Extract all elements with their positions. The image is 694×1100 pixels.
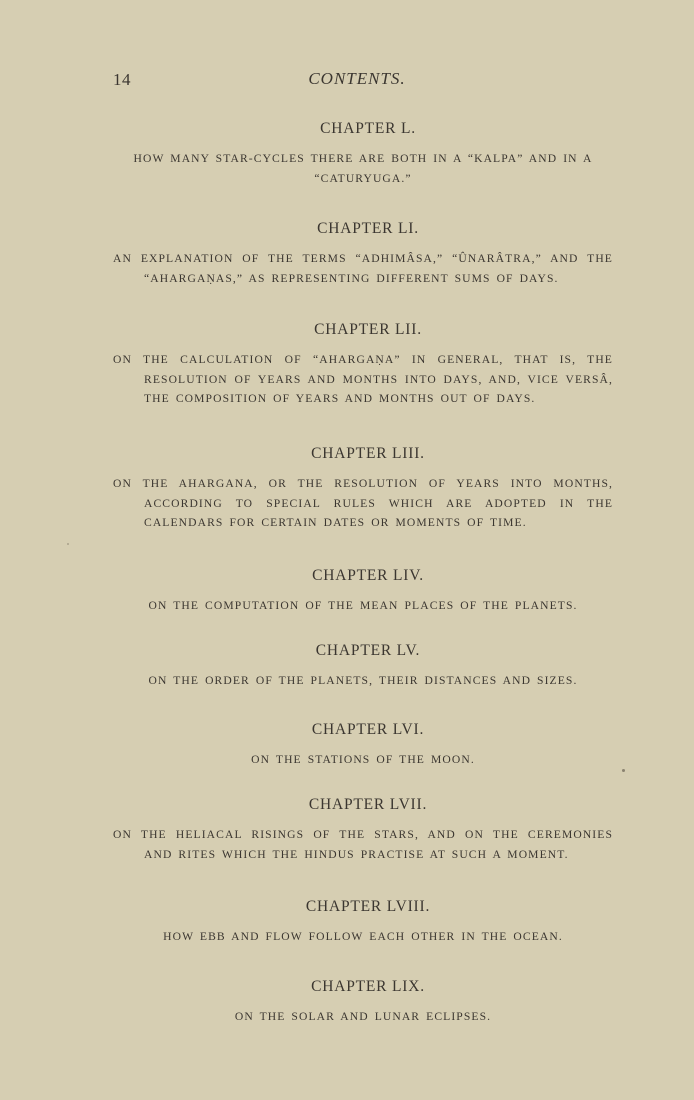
chapter-title: CHAPTER LVIII. bbox=[113, 898, 613, 916]
chapter-description: ON THE COMPUTATION OF THE MEAN PLACES OF… bbox=[113, 596, 613, 616]
chapter-title: CHAPTER LIV. bbox=[113, 567, 613, 585]
chapter-title: CHAPTER LVI. bbox=[113, 721, 613, 739]
chapter-description: ON THE HELIACAL RISINGS OF THE STARS, AN… bbox=[113, 825, 613, 864]
chapter-entry: CHAPTER L. HOW MANY STAR-CYCLES THERE AR… bbox=[113, 120, 613, 188]
chapter-entry: CHAPTER LI. AN EXPLANATION OF THE TERMS … bbox=[113, 220, 613, 288]
chapter-description: AN EXPLANATION OF THE TERMS “ADHIMÂSA,” … bbox=[113, 249, 613, 288]
chapter-description: HOW MANY STAR-CYCLES THERE ARE BOTH IN A… bbox=[113, 149, 613, 188]
chapter-title: CHAPTER LV. bbox=[113, 642, 613, 660]
chapter-entry: CHAPTER LIX. ON THE SOLAR AND LUNAR ECLI… bbox=[113, 978, 613, 1027]
chapter-entry: CHAPTER LII. ON THE CALCULATION OF “AHAR… bbox=[113, 321, 613, 409]
chapter-entry: CHAPTER LV. ON THE ORDER OF THE PLANETS,… bbox=[113, 642, 613, 691]
chapter-entry: CHAPTER LVIII. HOW EBB AND FLOW FOLLOW E… bbox=[113, 898, 613, 947]
chapter-description: ON THE CALCULATION OF “AHARGAṆA” IN GENE… bbox=[113, 350, 613, 409]
paper-speck bbox=[67, 543, 69, 545]
chapter-entry: CHAPTER LVI. ON THE STATIONS OF THE MOON… bbox=[113, 721, 613, 770]
chapter-description: ON THE ORDER OF THE PLANETS, THEIR DISTA… bbox=[113, 671, 613, 691]
book-page: 14 CONTENTS. CHAPTER L. HOW MANY STAR-CY… bbox=[0, 0, 694, 1100]
chapter-title: CHAPTER LIX. bbox=[113, 978, 613, 996]
chapter-entry: CHAPTER LVII. ON THE HELIACAL RISINGS OF… bbox=[113, 796, 613, 864]
chapter-entry: CHAPTER LIII. ON THE AHARGANA, OR THE RE… bbox=[113, 445, 613, 533]
chapter-title: CHAPTER L. bbox=[113, 120, 613, 138]
chapter-title: CHAPTER LI. bbox=[113, 220, 613, 238]
chapter-title: CHAPTER LIII. bbox=[113, 445, 613, 463]
chapter-entry: CHAPTER LIV. ON THE COMPUTATION OF THE M… bbox=[113, 567, 613, 616]
chapter-description: ON THE AHARGANA, OR THE RESOLUTION OF YE… bbox=[113, 474, 613, 533]
chapter-title: CHAPTER LII. bbox=[113, 321, 613, 339]
chapter-title: CHAPTER LVII. bbox=[113, 796, 613, 814]
chapter-description: ON THE STATIONS OF THE MOON. bbox=[113, 750, 613, 770]
chapter-description: ON THE SOLAR AND LUNAR ECLIPSES. bbox=[113, 1007, 613, 1027]
chapter-description: HOW EBB AND FLOW FOLLOW EACH OTHER IN TH… bbox=[113, 927, 613, 947]
paper-speck bbox=[622, 769, 625, 772]
running-head: CONTENTS. bbox=[0, 69, 694, 89]
